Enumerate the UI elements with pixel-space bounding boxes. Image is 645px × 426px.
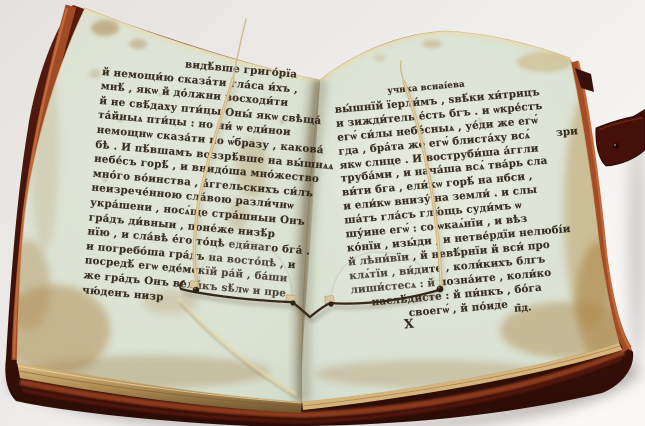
left-page-text: видѣ́вше григо́рїа й немощи́ю сказа́ти г… bbox=[82, 50, 326, 317]
page-number-mark: п̃д. bbox=[514, 302, 532, 314]
clasp-rivet bbox=[613, 143, 619, 149]
margin-note: зри bbox=[556, 125, 579, 139]
right-page-text: учнка вснаі́ева вы́шнїй їерли́мъ , ѕвѣ́к… bbox=[333, 69, 595, 326]
catchword: Х bbox=[403, 316, 414, 332]
photo-of-open-book: видѣ́вше григо́рїа й немощи́ю сказа́ти г… bbox=[0, 0, 645, 426]
